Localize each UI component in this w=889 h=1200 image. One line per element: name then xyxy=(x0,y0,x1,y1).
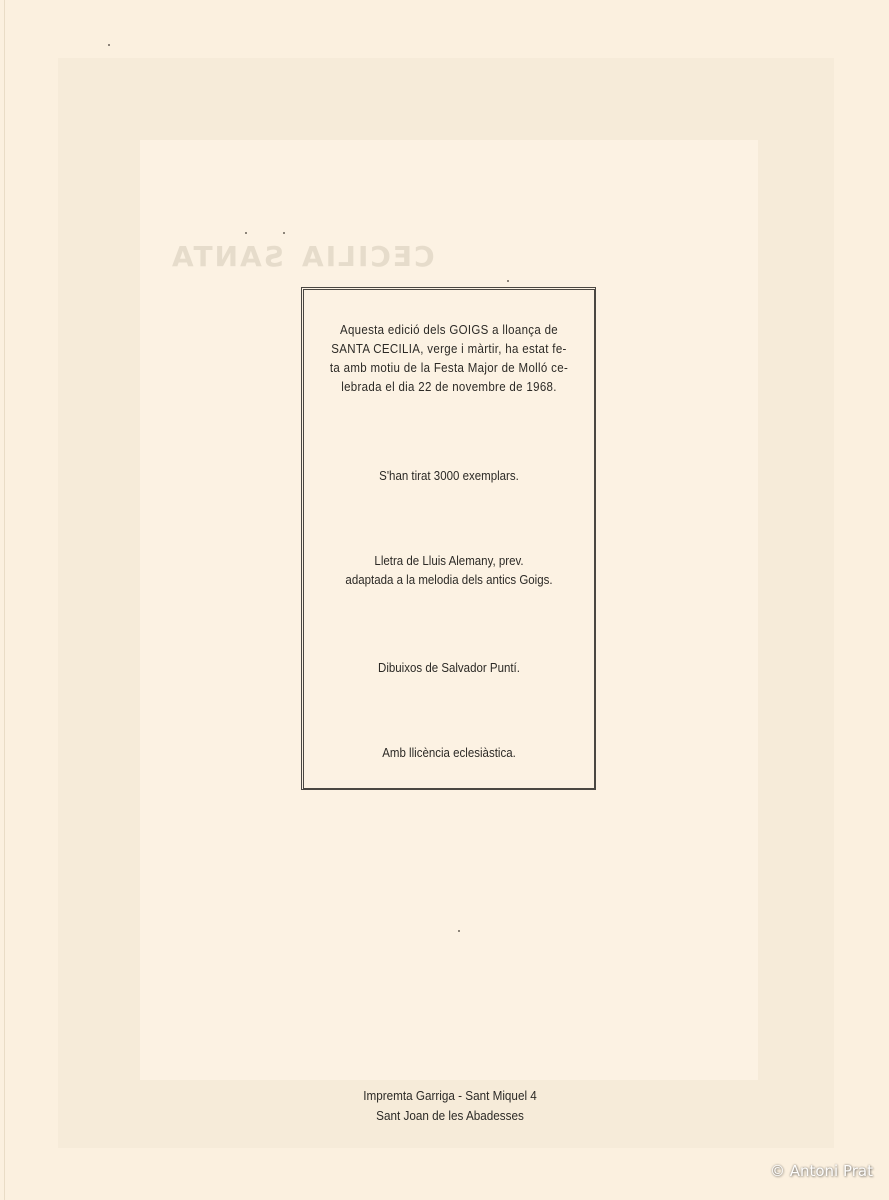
page-edge-line xyxy=(4,0,5,1200)
edition-statement: Aquesta edició dels GOIGS a lloança de S… xyxy=(316,321,583,397)
show-through-title-left: SANTA xyxy=(170,240,284,273)
lyrics-credit-line: adaptada a la melodia dels antics Goigs. xyxy=(316,571,583,590)
edition-statement-line: Aquesta edició dels GOIGS a lloança de xyxy=(329,321,568,340)
edition-statement-line: lebrada el dia 22 de novembre de 1968. xyxy=(329,378,568,397)
lyrics-credit: Lletra de Lluis Alemany, prev. adaptada … xyxy=(316,552,583,590)
ecclesiastical-license: Amb llicència eclesiàstica. xyxy=(316,744,583,763)
edition-statement-line: ta amb motiu de la Festa Major de Molló … xyxy=(329,359,568,378)
paper-speck xyxy=(245,232,247,234)
show-through-title-right: CECILIA xyxy=(300,240,435,273)
edition-statement-line: SANTA CECILIA, verge i màrtir, ha estat … xyxy=(329,340,568,359)
paper-speck xyxy=(108,44,110,46)
print-run: S'han tirat 3000 exemplars. xyxy=(316,467,583,486)
edition-info-box: Aquesta edició dels GOIGS a lloança de S… xyxy=(301,287,596,790)
lyrics-credit-line: Lletra de Lluis Alemany, prev. xyxy=(316,552,583,571)
copyright-watermark: © Antoni Prat xyxy=(770,1162,873,1180)
drawings-credit: Dibuixos de Salvador Puntí. xyxy=(316,659,583,678)
paper-speck xyxy=(283,232,285,234)
printer-imprint: Impremta Garriga - Sant Miquel 4 Sant Jo… xyxy=(315,1086,585,1126)
paper-speck xyxy=(507,280,509,282)
printer-address-line: Impremta Garriga - Sant Miquel 4 xyxy=(315,1086,585,1106)
paper-speck xyxy=(458,930,460,932)
printer-town-line: Sant Joan de les Abadesses xyxy=(315,1106,585,1126)
